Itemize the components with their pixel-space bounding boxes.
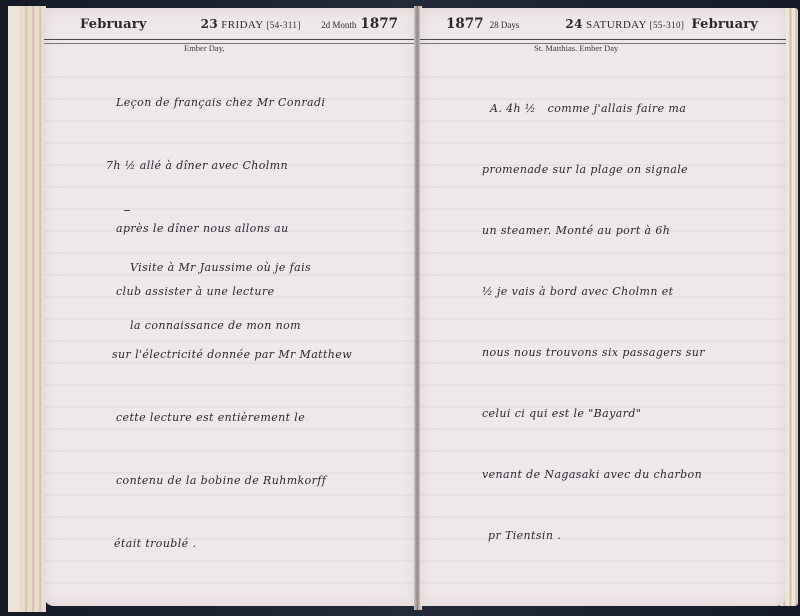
day-count: [55-310]: [650, 20, 685, 30]
handwriting-line: contenu de la bobine de Ruhmkorff: [116, 470, 352, 491]
handwriting-line: 7h ½ allé à dîner avec Cholmn: [106, 155, 352, 176]
handwriting-line: cette lecture est entièrement le: [116, 407, 352, 428]
handwritten-entry: A. 4h ½ comme j'allais faire ma promenad…: [482, 56, 705, 588]
day-number: 23: [201, 17, 219, 31]
handwriting-line: Visite à Mr Jaussime où je fais: [130, 257, 311, 278]
handwriting-line: A. 4h ½ comme j'allais faire ma: [490, 98, 705, 119]
handwriting-line: ½ je vais à bord avec Cholmn et: [482, 281, 705, 302]
header-rule: [44, 39, 416, 44]
year-label: 1877: [446, 16, 484, 32]
month-label: February: [80, 17, 147, 32]
handwriting-line: venant de Nagasaki avec du charbon: [482, 464, 705, 485]
handwriting-line: pr Tientsin .: [488, 525, 705, 546]
right-page-header: 1877 28 Days 24 SATURDAY [55-310] Februa…: [420, 16, 786, 38]
handwritten-entry-2: Visite à Mr Jaussime où je fais la conna…: [130, 215, 311, 378]
handwriting-line: la connaissance de mon nom: [130, 315, 311, 336]
day-count: [54-311]: [266, 20, 300, 30]
right-page: 1877 28 Days 24 SATURDAY [55-310] Februa…: [420, 8, 786, 606]
day-name: FRIDAY: [221, 19, 263, 31]
subheading: St. Matthias. Ember Day: [534, 43, 618, 53]
dash-mark: [124, 210, 130, 211]
day-heading: 23 FRIDAY [54-311]: [201, 17, 301, 31]
day-number: 24: [565, 17, 583, 31]
handwriting-line: était troublé .: [114, 533, 352, 554]
year-label: 1877: [360, 16, 398, 32]
page-stack-left: [8, 6, 46, 612]
handwriting-line: un steamer. Monté au port à 6h: [482, 220, 705, 241]
left-page-header: February 23 FRIDAY [54-311] 2d Month 187…: [44, 16, 416, 38]
day-heading: 24 SATURDAY [55-310]: [565, 17, 684, 31]
handwriting-line: nous nous trouvons six passagers sur: [482, 342, 705, 363]
month-label: February: [691, 17, 758, 32]
left-page: February 23 FRIDAY [54-311] 2d Month 187…: [44, 8, 416, 606]
day-name: SATURDAY: [586, 19, 646, 31]
month-ordinal: 2d Month: [321, 20, 356, 30]
handwriting-line: promenade sur la plage on signale: [482, 159, 705, 180]
handwriting-line: celui ci qui est le "Bayard": [482, 403, 705, 424]
days-in-month: 28 Days: [490, 20, 520, 30]
handwriting-line: Leçon de français chez Mr Conradi: [116, 92, 352, 113]
